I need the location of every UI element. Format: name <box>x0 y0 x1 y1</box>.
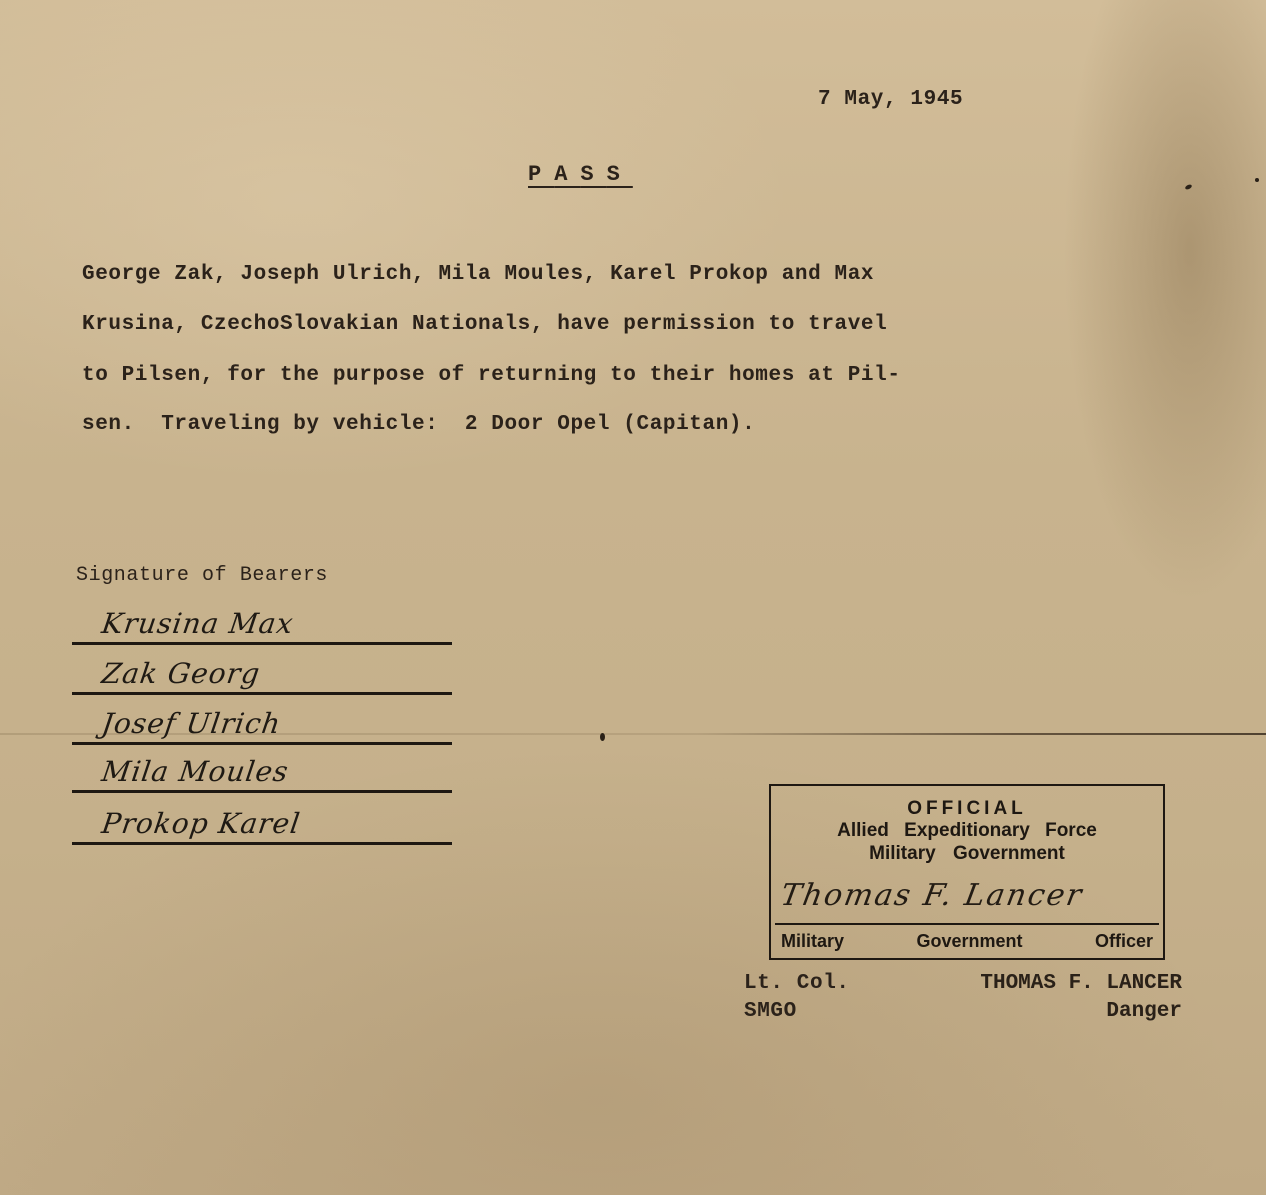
officer-signature: Thomas F. Lancer <box>778 878 1086 913</box>
officer-name: THOMAS F. LANCER <box>980 972 1182 995</box>
body-line: George Zak, Joseph Ulrich, Mila Moules, … <box>82 263 874 286</box>
signature-lines: Krusina Max Zak Georg Josef Ulrich Mila … <box>72 590 452 842</box>
officer-title: SMGO <box>744 1000 797 1023</box>
stamp-footer-word: Government <box>916 931 1022 952</box>
signature-line: Prokop Karel <box>72 790 452 845</box>
signature-line: Zak Georg <box>72 642 452 695</box>
body-line: sen. Traveling by vehicle: 2 Door Opel (… <box>82 413 755 436</box>
document-date: 7 May, 1945 <box>818 88 963 111</box>
stamp-footer-word: Officer <box>1095 931 1153 952</box>
official-stamp: OFFICIAL Allied Expeditionary Force Mili… <box>769 784 1165 960</box>
body-line: Krusina, CzechoSlovakian Nationals, have… <box>82 313 887 336</box>
ink-speck <box>1255 178 1259 182</box>
signature-label: Signature of Bearers <box>76 564 328 587</box>
stamp-official: OFFICIAL <box>771 798 1163 820</box>
title-letter: S <box>607 162 633 187</box>
handwritten-signature: Zak Georg <box>100 657 263 690</box>
signature-line: Josef Ulrich <box>72 692 452 745</box>
title-letter: S <box>580 162 606 187</box>
officer-location: Danger <box>1106 1000 1182 1023</box>
title-letter: P <box>528 162 554 187</box>
document-title: PASS <box>528 162 633 187</box>
ink-speck <box>600 733 605 741</box>
title-letter: A <box>554 162 580 187</box>
stamp-dept: Military Government <box>771 843 1163 865</box>
officer-rank: Lt. Col. <box>744 972 850 995</box>
handwritten-signature: Josef Ulrich <box>100 707 284 740</box>
stamp-footer-word: Military <box>781 931 844 952</box>
stamp-org: Allied Expeditionary Force <box>771 820 1163 842</box>
stamp-footer: Military Government Officer <box>781 931 1153 952</box>
stamp-divider <box>775 923 1159 925</box>
handwritten-signature: Krusina Max <box>100 607 296 640</box>
body-line: to Pilsen, for the purpose of returning … <box>82 364 901 387</box>
handwritten-signature: Mila Moules <box>100 755 291 788</box>
signature-line: Krusina Max <box>72 590 452 645</box>
handwritten-signature: Prokop Karel <box>100 807 303 840</box>
signature-line: Mila Moules <box>72 742 452 793</box>
